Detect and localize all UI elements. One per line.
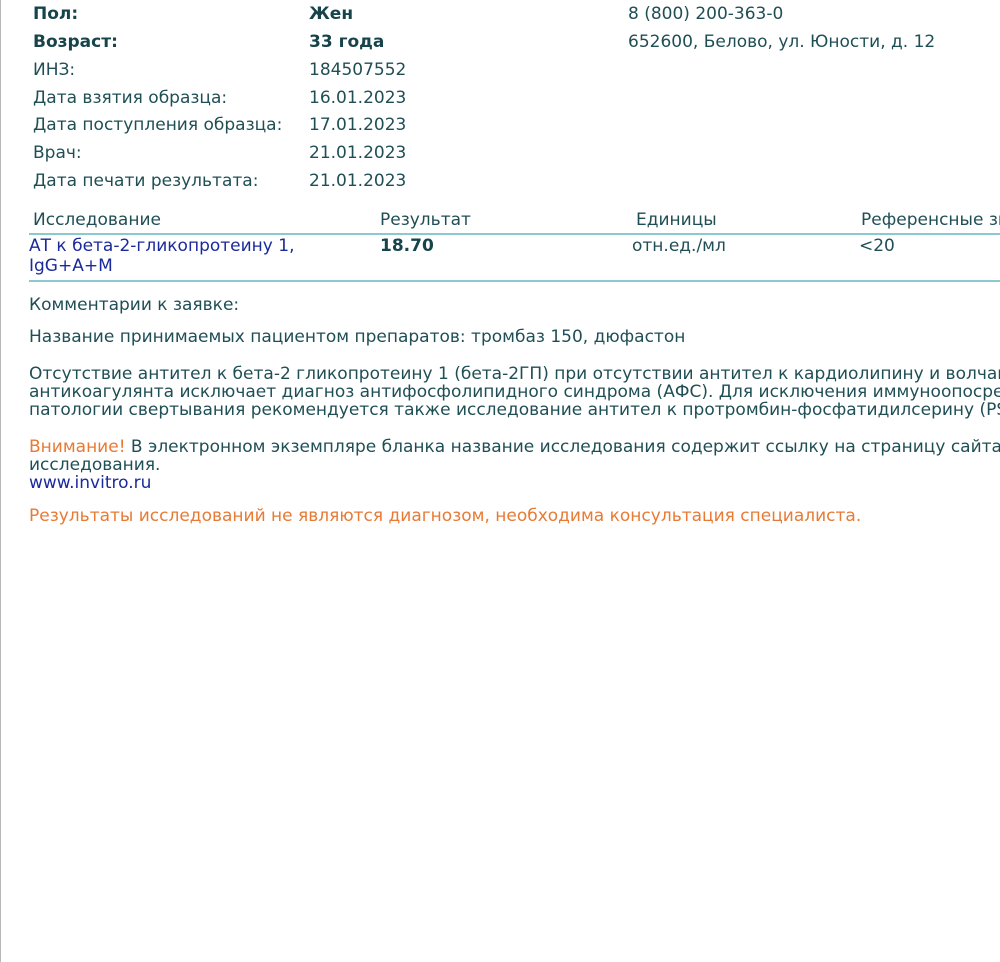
info-label: Дата поступления образца: (33, 115, 282, 135)
attention-text: В электронном экземпляре бланка название… (126, 437, 1000, 457)
column-header-units: Единицы (636, 209, 717, 231)
comments-medications: Название принимаемых пациентом препарато… (29, 328, 685, 346)
result-value: 18.70 (380, 236, 434, 256)
lab-phone: 8 (800) 200-363-0 (628, 4, 783, 24)
info-value: 17.01.2023 (309, 115, 406, 135)
lab-result-document: Пол: Жен Возраст: 33 года ИНЗ: 184507552… (0, 0, 1000, 962)
attention-text-line2: исследования. (29, 456, 160, 474)
interpretation-line: патологии свертывания рекомендуется такж… (29, 401, 1000, 419)
interpretation-line: антикоагулянта исключает диагноз антифос… (29, 383, 1000, 401)
test-name-line1: АТ к бета-2-гликопротеину 1, (29, 236, 294, 256)
table-divider (29, 280, 1000, 282)
column-header-test: Исследование (33, 209, 161, 231)
column-header-result: Результат (380, 209, 471, 231)
disclaimer: Результаты исследований не являются диаг… (29, 507, 861, 525)
info-value: 184507552 (309, 60, 406, 80)
table-divider (29, 233, 1000, 235)
info-value: 33 года (309, 32, 384, 52)
interpretation-line: Отсутствие антител к бета-2 гликопротеин… (29, 365, 1000, 383)
website-link[interactable]: www.invitro.ru (29, 474, 151, 492)
info-label: Возраст: (33, 32, 118, 52)
info-label: Дата печати результата: (33, 171, 258, 191)
test-name-link[interactable]: АТ к бета-2-гликопротеину 1, IgG+A+M (29, 236, 294, 276)
test-name-line2: IgG+A+M (29, 256, 294, 276)
lab-address: 652600, Белово, ул. Юности, д. 12 (628, 32, 935, 52)
info-value: 21.01.2023 (309, 143, 406, 163)
info-label: Пол: (33, 4, 78, 24)
table-row: АТ к бета-2-гликопротеину 1, IgG+A+M 18.… (0, 236, 1000, 280)
info-label: ИНЗ: (33, 60, 75, 80)
attention-notice: Внимание! В электронном экземпляре бланк… (29, 438, 1000, 456)
info-value: 16.01.2023 (309, 88, 406, 108)
result-units: отн.ед./мл (632, 236, 726, 256)
results-table-header: Исследование Результат Единицы Референсн… (0, 209, 1000, 231)
attention-label: Внимание! (29, 437, 126, 457)
info-value: Жен (309, 4, 353, 24)
comments-title: Комментарии к заявке: (29, 296, 239, 314)
column-header-reference: Референсные зн (861, 209, 1000, 231)
info-label: Врач: (33, 143, 82, 163)
info-label: Дата взятия образца: (33, 88, 227, 108)
info-value: 21.01.2023 (309, 171, 406, 191)
reference-range: <20 (859, 236, 895, 256)
